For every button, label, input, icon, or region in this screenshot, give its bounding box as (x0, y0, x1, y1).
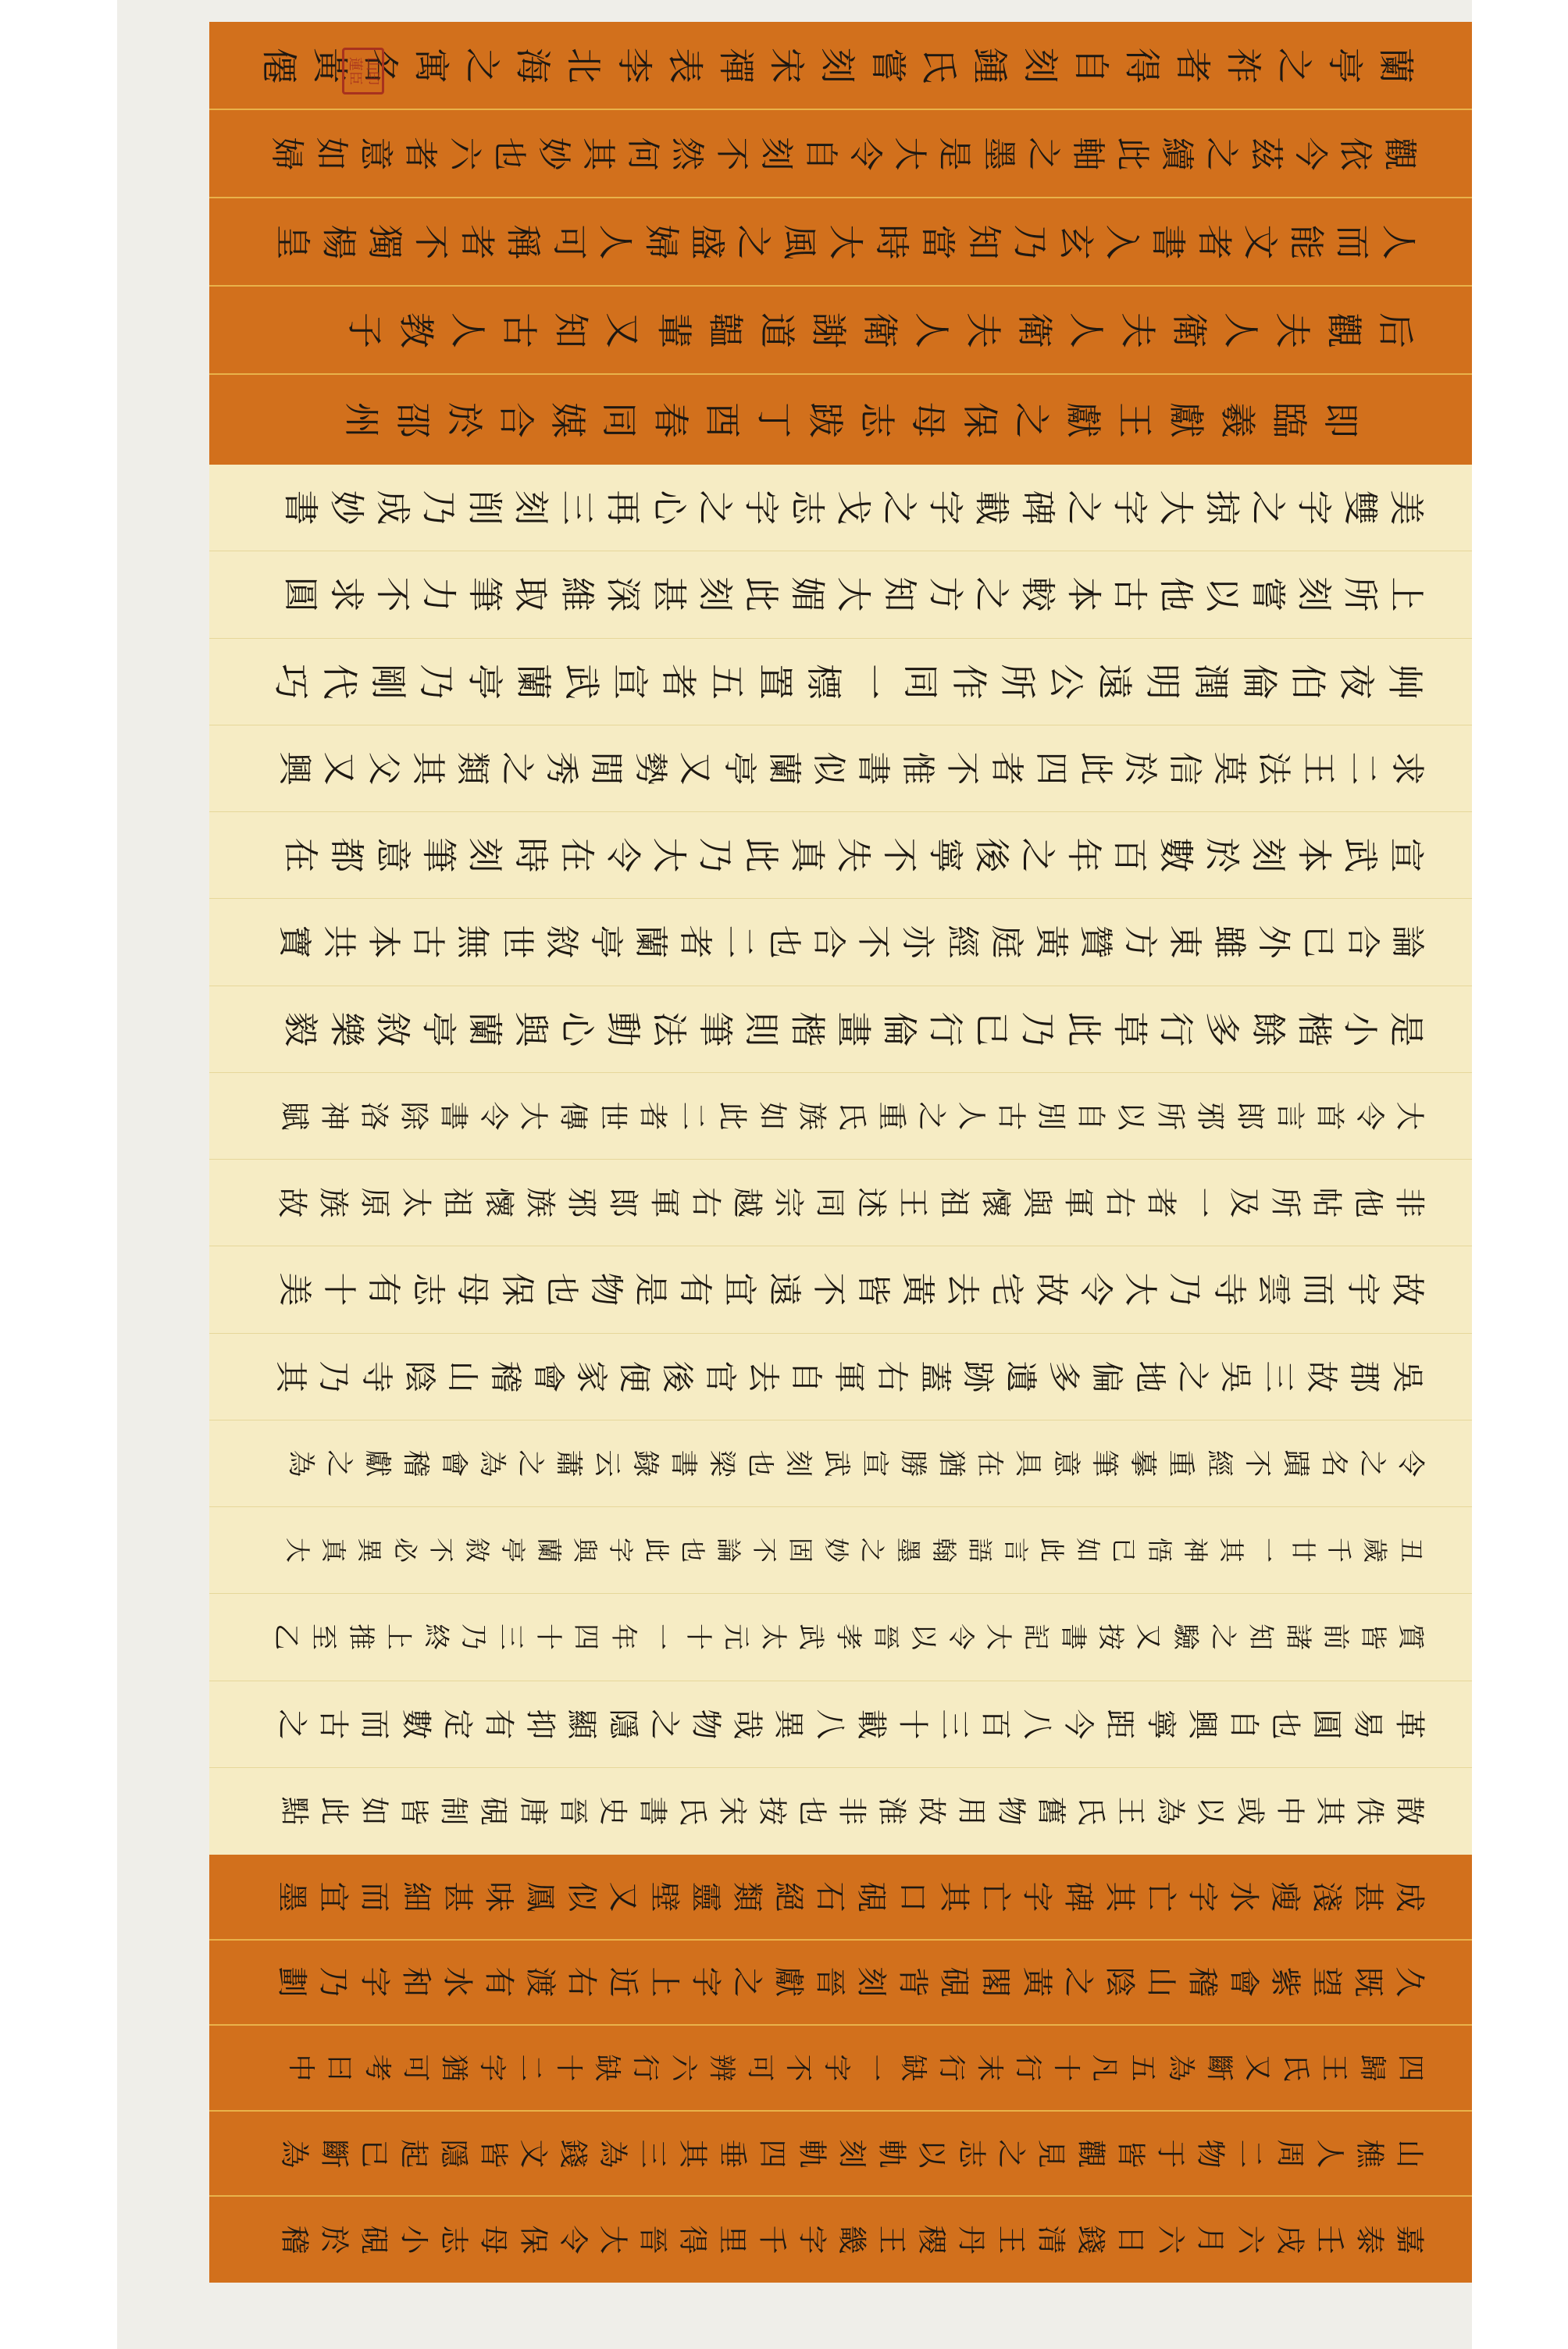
calligraphy-character: 大 (887, 135, 932, 172)
calligraphy-character: 宇 (1340, 1271, 1385, 1308)
calligraphy-character: 亭 (462, 661, 508, 702)
calligraphy-character: 能 (1284, 223, 1329, 261)
calligraphy-character: 刻 (1292, 576, 1337, 614)
calligraphy-character: 秀 (539, 750, 584, 786)
calligraphy-character: 寺 (1206, 1271, 1252, 1308)
calligraphy-character: 惟 (895, 750, 940, 786)
calligraphy-character: 乙 (263, 1622, 308, 1652)
calligraphy-character: 軍 (1055, 1186, 1100, 1220)
calligraphy-character: 黃 (1028, 924, 1074, 961)
calligraphy-character: 觀 (1377, 135, 1422, 172)
calligraphy-character: 夫 (1115, 308, 1160, 352)
calligraphy-character: 刻 (848, 1966, 893, 1999)
calligraphy-character: 即 (1318, 398, 1363, 442)
calligraphy-character: 書 (850, 750, 896, 786)
calligraphy-character: 甚 (1345, 1880, 1390, 1913)
top-orange-section: 蘭亭之祚者得自刻鍾氏嘗刻宋禪表李北海之寓名黃僊 觀依今茲之續此軸之墨是大令自刻不… (209, 22, 1472, 465)
calligraphy-character: 者 (630, 1100, 675, 1132)
calligraphy-character: 望 (1303, 1966, 1349, 1999)
calligraphy-character: 雖 (1206, 924, 1252, 961)
calligraphy-character: 不 (370, 576, 415, 614)
calligraphy-character: 亭 (583, 924, 629, 961)
calligraphy-character: 數 (393, 1707, 438, 1741)
calligraphy-character: 畿 (829, 2224, 875, 2256)
calligraphy-character: 知 (877, 576, 922, 614)
calligraphy-character: 邵 (390, 398, 436, 442)
calligraphy-character: 會 (1221, 1966, 1266, 1999)
calligraphy-character: 雲 (1251, 1271, 1296, 1308)
calligraphy-character: 經 (939, 924, 985, 961)
calligraphy-character: 已 (351, 2137, 397, 2169)
calligraphy-character: 夜 (1334, 661, 1379, 702)
calligraphy-character: 黃 (895, 1271, 940, 1308)
calligraphy-character: 保 (494, 1271, 540, 1308)
calligraphy-character: 不 (877, 836, 922, 875)
calligraphy-character: 錢 (1068, 2224, 1114, 2256)
calligraphy-character: 為 (590, 2137, 636, 2169)
calligraphy-character: 大 (511, 1100, 556, 1132)
calligraphy-character: 如 (308, 135, 354, 172)
calligraphy-character: 渡 (517, 1966, 562, 1999)
calligraphy-character: 故 (269, 1186, 314, 1220)
calligraphy-character: 蘭 (628, 924, 673, 961)
background-right-margin (1472, 0, 1568, 2349)
calligraphy-character: 當 (915, 223, 960, 261)
calligraphy-character: 三 (931, 1707, 976, 1741)
calligraphy-character: 上 (641, 1966, 686, 1999)
calligraphy-character: 筆 (693, 1010, 738, 1048)
seal-char: 印 (365, 70, 379, 87)
calligraphy-character: 餘 (1245, 1010, 1291, 1048)
calligraphy-character: 志 (405, 1271, 451, 1308)
calligraphy-character: 氏 (1068, 1795, 1114, 1827)
calligraphy-character: 觀 (1321, 308, 1367, 352)
calligraphy-character: 閒 (583, 750, 629, 786)
calligraphy-character: 入 (1099, 223, 1145, 261)
calligraphy-character: 志 (854, 398, 900, 442)
calligraphy-character: 載 (848, 1707, 893, 1741)
calligraphy-character: 合 (1340, 924, 1385, 961)
calligraphy-character: 古 (310, 1707, 355, 1741)
calligraphy-character: 也 (539, 1271, 584, 1308)
calligraphy-character: 之 (641, 1707, 686, 1741)
calligraphy-character: 二 (1340, 750, 1385, 786)
calligraphy-character: 動 (600, 1010, 646, 1048)
calligraphy-character: 稷 (909, 2224, 954, 2256)
calligraphy-character: 無 (450, 924, 495, 961)
calligraphy-character: 方 (1117, 924, 1163, 961)
calligraphy-character: 清 (1028, 2224, 1074, 2256)
calligraphy-character: 八 (1014, 1707, 1059, 1741)
calligraphy-character: 可 (547, 223, 592, 261)
calligraphy-character: 三 (1256, 1359, 1302, 1394)
calligraphy-character: 於 (312, 2224, 357, 2256)
calligraphy-character: 亭 (1323, 44, 1368, 87)
calligraphy-character: 軸 (1065, 135, 1110, 172)
calligraphy-character: 以 (1108, 1100, 1153, 1132)
calligraphy-character: 同 (898, 661, 943, 702)
calligraphy-character: 氏 (829, 1100, 875, 1132)
calligraphy-character: 王 (889, 1186, 935, 1220)
calligraphy-character: 家 (569, 1359, 615, 1394)
calligraphy-character: 得 (1120, 44, 1165, 87)
calligraphy-character: 點 (272, 1795, 317, 1827)
calligraphy-character: 北 (561, 44, 607, 87)
calligraphy-character: 蘭 (462, 1010, 508, 1048)
calligraphy-character: 臨 (1267, 398, 1312, 442)
calligraphy-character: 僊 (257, 44, 302, 87)
calligraphy-character: 墨 (976, 135, 1021, 172)
calligraphy-character: 人 (1064, 308, 1109, 352)
calligraphy-character: 洛 (351, 1100, 397, 1132)
calligraphy-character: 嘗 (866, 44, 911, 87)
calligraphy-character: 是 (932, 135, 977, 172)
calligraphy-character: 李 (612, 44, 657, 87)
calligraphy-character: 稱 (501, 223, 546, 261)
calligraphy-character: 用 (949, 1795, 994, 1827)
calligraphy-character: 合 (494, 398, 539, 442)
calligraphy-character: 再 (600, 489, 646, 527)
calligraphy-character: 敘 (370, 1010, 415, 1048)
calligraphy-character: 又 (672, 750, 718, 786)
calligraphy-character: 硯 (471, 1795, 516, 1827)
calligraphy-character: 婦 (264, 135, 309, 172)
calligraphy-character: 所 (995, 661, 1040, 702)
calligraphy-character: 物 (989, 1795, 1034, 1827)
calligraphy-character: 合 (806, 924, 851, 961)
calligraphy-character: 之 (731, 223, 776, 261)
red-seal-stamp: 蓮 山 臣 印 (342, 48, 384, 94)
calligraphy-character: 不 (806, 1271, 851, 1308)
calligraphy-character: 東 (1162, 924, 1207, 961)
calligraphy-character: 筆 (462, 576, 508, 614)
calligraphy-character: 意 (370, 836, 415, 875)
calligraphy-character: 教 (394, 308, 439, 352)
calligraphy-character: 大 (647, 836, 692, 875)
calligraphy-character: 四 (750, 2137, 795, 2169)
calligraphy-character: 壬 (1307, 2224, 1352, 2256)
calligraphy-character: 后 (1373, 308, 1418, 352)
calligraphy-character: 者 (1171, 44, 1216, 87)
text-column: 山樵人周二物于皆觀見之志以軌刻軌四垂其三為錢文皆隱起已斷為 (209, 2112, 1472, 2198)
calligraphy-character: 隱 (431, 2137, 476, 2169)
calligraphy-character: 人 (1307, 2137, 1352, 2169)
calligraphy-character: 方 (923, 576, 968, 614)
calligraphy-character: 水 (434, 1966, 479, 1999)
calligraphy-character: 贊 (1073, 924, 1118, 961)
calligraphy-character: 書 (1146, 223, 1191, 261)
calligraphy-character: 丹 (949, 2224, 994, 2256)
seal-char: 臣 (347, 70, 362, 87)
calligraphy-character: 宜 (717, 1271, 762, 1308)
calligraphy-character: 散 (1387, 1795, 1432, 1827)
calligraphy-character: 古 (405, 924, 451, 961)
calligraphy-character: 自 (1221, 1707, 1266, 1741)
calligraphy-character: 郎 (600, 1186, 645, 1220)
calligraphy-character: 乃 (1162, 1271, 1207, 1308)
calligraphy-character: 四 (1028, 750, 1074, 786)
calligraphy-character: 郎 (1228, 1100, 1273, 1132)
calligraphy-character: 所 (1338, 576, 1383, 614)
calligraphy-character: 乃 (416, 489, 461, 527)
calligraphy-character: 作 (946, 661, 992, 702)
calligraphy-character: 吳 (1213, 1359, 1259, 1394)
calligraphy-character: 右 (682, 1186, 728, 1220)
calligraphy-character: 距 (1096, 1707, 1142, 1741)
calligraphy-character: 甚 (647, 576, 692, 614)
calligraphy-character: 顯 (558, 1707, 604, 1741)
calligraphy-character: 大 (831, 576, 876, 614)
text-column: 求二王法莫信於此四者不惟書似蘭亭又勢閒秀之類其父又興 (209, 725, 1472, 812)
calligraphy-character: 十 (889, 1707, 935, 1741)
calligraphy-character: 皆 (850, 1271, 896, 1308)
calligraphy-character: 王 (1295, 750, 1341, 786)
calligraphy-character: 宋 (710, 1795, 755, 1827)
calligraphy-character: 敘 (539, 924, 584, 961)
calligraphy-character: 心 (554, 1010, 600, 1048)
calligraphy-character: 之 (1015, 836, 1060, 875)
calligraphy-character: 隱 (600, 1707, 645, 1741)
calligraphy-character: 者 (454, 223, 500, 261)
calligraphy-character: 氏 (917, 44, 962, 87)
calligraphy-character: 軌 (789, 2137, 835, 2169)
calligraphy-character: 之 (1009, 398, 1054, 442)
calligraphy-character: 錢 (551, 2137, 596, 2169)
calligraphy-character: 乃 (1015, 1010, 1060, 1048)
calligraphy-character: 偏 (1085, 1359, 1130, 1394)
calligraphy-character: 亦 (895, 924, 940, 961)
calligraphy-character: 故 (1384, 1271, 1430, 1308)
text-column: 上所刻嘗以他古本較之方知大媚此刻甚深維取筆力不求圓 (209, 551, 1472, 638)
calligraphy-character: 泰 (1347, 2224, 1392, 2256)
calligraphy-character: 神 (312, 1100, 357, 1132)
calligraphy-character: 日 (1108, 2224, 1153, 2256)
calligraphy-character: 物 (682, 1707, 728, 1741)
calligraphy-character: 又 (316, 750, 362, 786)
calligraphy-character: 在 (554, 836, 600, 875)
calligraphy-character: 令 (551, 2224, 596, 2256)
calligraphy-character: 似 (558, 1880, 604, 1913)
calligraphy-character: 人 (593, 223, 638, 261)
calligraphy-character: 物 (583, 1271, 629, 1308)
text-column: 非他帖所及一者右軍與懷祖王述同宗越右軍郎邪族懷祖太原族故 (209, 1160, 1472, 1246)
calligraphy-character: 大 (823, 223, 868, 261)
calligraphy-character: 戈 (831, 489, 876, 527)
calligraphy-character: 革 (1386, 1707, 1431, 1741)
calligraphy-character: 人 (949, 1100, 994, 1132)
calligraphy-character: 後 (969, 836, 1014, 875)
text-column: 觀依今茲之續此軸之墨是大令自刻不然何其妙也六者意如婦 (209, 110, 1472, 198)
calligraphy-character: 之 (693, 489, 738, 527)
calligraphy-character: 軍 (641, 1186, 686, 1220)
calligraphy-character: 制 (431, 1795, 476, 1827)
calligraphy-character: 倫 (877, 1010, 922, 1048)
calligraphy-character: 莫 (1206, 750, 1252, 786)
calligraphy-character: 然 (665, 135, 710, 172)
background-left-margin (0, 0, 117, 2349)
calligraphy-character: 信 (1162, 750, 1207, 786)
calligraphy-character: 王 (989, 2224, 1034, 2256)
calligraphy-character: 王 (1108, 1795, 1153, 1827)
calligraphy-character: 獻 (765, 1966, 811, 1999)
calligraphy-character: 寧 (923, 836, 968, 875)
calligraphy-character: 筆 (416, 836, 461, 875)
calligraphy-character: 與 (508, 1010, 554, 1048)
calligraphy-character: 為 (278, 1448, 323, 1478)
calligraphy-character: 壁 (641, 1880, 686, 1913)
calligraphy-character: 字 (923, 489, 968, 527)
calligraphy-character: 背 (889, 1966, 935, 1999)
calligraphy-character: 味 (476, 1880, 521, 1913)
calligraphy-character: 令 (1073, 1271, 1118, 1308)
calligraphy-character: 保 (511, 2224, 556, 2256)
calligraphy-character: 不 (939, 750, 985, 786)
calligraphy-character: 海 (511, 44, 556, 87)
calligraphy-character: 令 (600, 836, 646, 875)
calligraphy-character: 此 (1061, 1010, 1107, 1048)
calligraphy-character: 之 (909, 1100, 954, 1132)
calligraphy-character: 祚 (1221, 44, 1267, 87)
calligraphy-character: 觀 (1068, 2137, 1114, 2169)
calligraphy-character: 中 (278, 2052, 323, 2083)
calligraphy-character: 寓 (409, 44, 454, 87)
calligraphy-character: 細 (393, 1880, 438, 1913)
calligraphy-character: 久 (1386, 1966, 1431, 1999)
calligraphy-character: 族 (517, 1186, 562, 1220)
calligraphy-character: 稽 (272, 2224, 317, 2256)
calligraphy-scroll: 蘭亭之祚者得自刻鍾氏嘗刻宋禪表李北海之寓名黃僊 觀依今茲之續此軸之墨是大令自刻不… (209, 22, 1472, 2283)
calligraphy-character: 有 (476, 1966, 521, 1999)
calligraphy-character: 又 (600, 308, 645, 352)
calligraphy-character: 本 (1292, 836, 1337, 875)
calligraphy-character: 明 (1140, 661, 1185, 702)
calligraphy-character: 置 (753, 661, 798, 702)
calligraphy-character: 蘭 (1374, 44, 1419, 87)
calligraphy-character: 故 (1299, 1359, 1345, 1394)
calligraphy-character: 楷 (1292, 1010, 1337, 1048)
calligraphy-character: 鍾 (968, 44, 1013, 87)
calligraphy-character: 紫 (1262, 1966, 1307, 1999)
calligraphy-character: 字 (682, 1966, 728, 1999)
calligraphy-character: 子 (342, 308, 387, 352)
calligraphy-character: 多 (1042, 1359, 1087, 1394)
calligraphy-character: 深 (600, 576, 646, 614)
calligraphy-character: 時 (869, 223, 914, 261)
calligraphy-character: 媒 (545, 398, 590, 442)
calligraphy-character: 在 (278, 836, 323, 875)
calligraphy-character: 不 (408, 223, 454, 261)
calligraphy-character: 百 (1107, 836, 1153, 875)
calligraphy-character: 稽 (1179, 1966, 1224, 1999)
calligraphy-character: 人 (909, 308, 954, 352)
calligraphy-character: 去 (939, 1271, 985, 1308)
calligraphy-character: 此 (739, 576, 784, 614)
calligraphy-character: 六 (1228, 2224, 1273, 2256)
calligraphy-character: 遺 (999, 1359, 1044, 1394)
calligraphy-character: 則 (739, 1010, 784, 1048)
calligraphy-character: 乃 (414, 661, 459, 702)
calligraphy-character: 近 (600, 1966, 645, 1999)
calligraphy-character: 而 (351, 1707, 397, 1741)
text-column: 后觀夫人衛夫人衛夫人衛謝道韞輩又知古人教子 (209, 287, 1472, 375)
calligraphy-character: 里 (710, 2224, 755, 2256)
calligraphy-character: 十 (316, 1271, 362, 1308)
text-column: 論合已外雖東方贊黃庭經亦不合也二者蘭亭敘世無古本共寶 (209, 899, 1472, 986)
calligraphy-character: 蓋 (913, 1359, 958, 1394)
calligraphy-character: 時 (508, 836, 554, 875)
calligraphy-character: 小 (391, 2224, 437, 2256)
calligraphy-character: 于 (1148, 2137, 1193, 2169)
calligraphy-character: 佚 (1347, 1795, 1392, 1827)
calligraphy-character: 者 (656, 661, 701, 702)
calligraphy-character: 庭 (984, 924, 1029, 961)
calligraphy-character: 之 (1171, 1359, 1216, 1394)
calligraphy-character: 起 (391, 2137, 437, 2169)
calligraphy-character: 六 (1148, 2224, 1193, 2256)
calligraphy-character: 一 (1179, 1186, 1224, 1220)
text-column: 成甚淺瘦水字亡其碑字亡其口硯石絕類靈壁又似鳳味甚細而宜墨 (209, 1855, 1472, 1941)
calligraphy-character: 異 (765, 1707, 811, 1741)
calligraphy-character: 蘭 (761, 750, 807, 786)
calligraphy-character: 勢 (628, 750, 673, 786)
calligraphy-character: 文 (511, 2137, 556, 2169)
calligraphy-character: 世 (494, 924, 540, 961)
calligraphy-character: 自 (1068, 1100, 1114, 1132)
calligraphy-character: 右 (870, 1359, 915, 1394)
calligraphy-character: 楊 (316, 223, 362, 261)
calligraphy-character: 字 (1107, 489, 1153, 527)
calligraphy-character: 外 (1251, 924, 1296, 961)
calligraphy-character: 硯 (931, 1966, 976, 1999)
calligraphy-character: 陰 (1096, 1966, 1142, 1999)
calligraphy-character: 族 (789, 1100, 835, 1132)
calligraphy-character: 衛 (1167, 308, 1212, 352)
calligraphy-character: 輩 (651, 308, 697, 352)
calligraphy-character: 大 (1153, 489, 1199, 527)
calligraphy-character: 為 (272, 2137, 317, 2169)
calligraphy-character: 春 (648, 398, 693, 442)
calligraphy-character: 此 (739, 836, 784, 875)
calligraphy-character: 舊 (1028, 1795, 1074, 1827)
calligraphy-character: 懷 (476, 1186, 521, 1220)
calligraphy-character: 興 (1179, 1707, 1224, 1741)
calligraphy-character: 古 (1107, 576, 1153, 614)
calligraphy-character: 故 (1028, 1271, 1074, 1308)
calligraphy-character: 載 (969, 489, 1014, 527)
calligraphy-character: 乃 (312, 1359, 357, 1394)
calligraphy-character: 真 (785, 836, 830, 875)
calligraphy-character: 謝 (806, 308, 851, 352)
calligraphy-character: 之 (1061, 489, 1107, 527)
calligraphy-character: 軌 (869, 2137, 914, 2169)
calligraphy-character: 書 (431, 1100, 476, 1132)
calligraphy-character: 非 (829, 1795, 875, 1827)
calligraphy-character: 自 (798, 135, 843, 172)
calligraphy-character: 遠 (761, 1271, 807, 1308)
calligraphy-character: 淮 (869, 1795, 914, 1827)
calligraphy-character: 婦 (639, 223, 684, 261)
calligraphy-character: 玄 (1053, 223, 1099, 261)
calligraphy-character: 或 (1228, 1795, 1273, 1827)
calligraphy-character: 定 (434, 1707, 479, 1741)
calligraphy-character: 丁 (751, 398, 796, 442)
calligraphy-character: 見 (1028, 2137, 1074, 2169)
calligraphy-character: 於 (1199, 836, 1245, 875)
calligraphy-character: 首 (1307, 1100, 1352, 1132)
calligraphy-character: 於 (1117, 750, 1163, 786)
calligraphy-character: 宣 (1384, 836, 1429, 875)
calligraphy-character: 韞 (703, 308, 748, 352)
